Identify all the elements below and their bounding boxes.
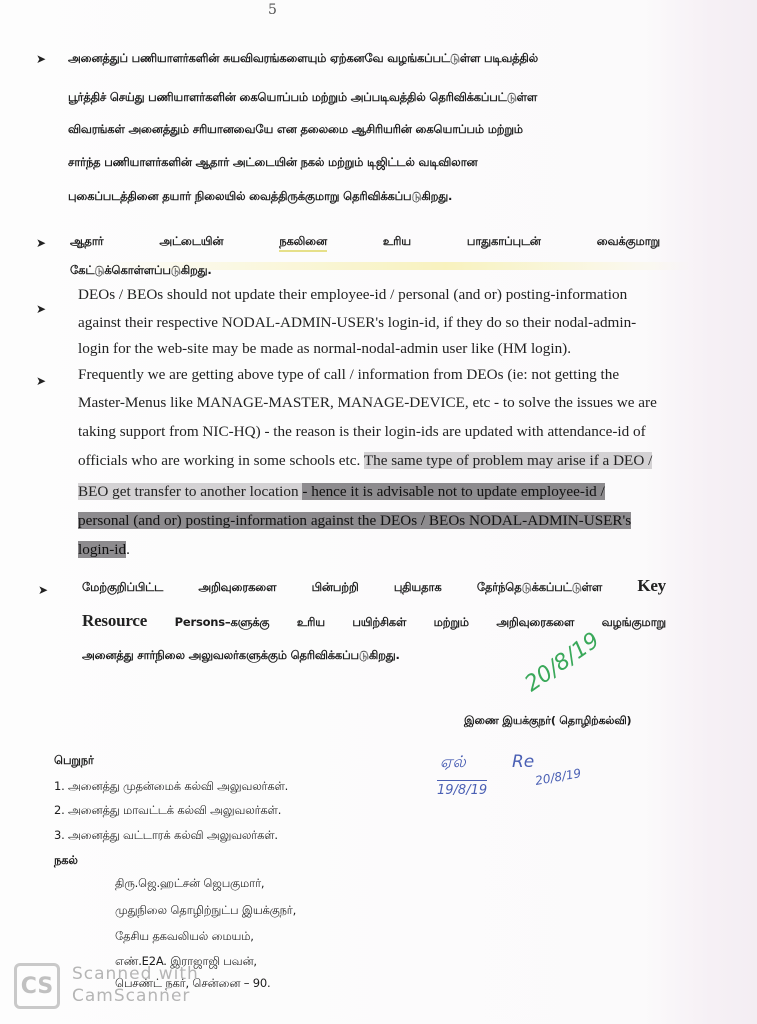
para4-line-6: personal (and or) posting-information ag… — [78, 512, 631, 530]
recipient-item: 1. அனைத்து முதன்மைக் கல்வி அலுவலர்கள். — [54, 779, 288, 795]
para5-line-2: Resource Persons–களுக்கு உரிய பயிற்சிகள்… — [82, 615, 666, 631]
para4-line-7: login-id. — [78, 541, 130, 559]
bullet-arrow-icon: ➤ — [36, 52, 46, 66]
para3-line-1: DEOs / BEOs should not update their empl… — [78, 286, 627, 304]
highlighted-text-dark: personal (and or) posting-information ag… — [78, 512, 631, 529]
para4-line-1: Frequently we are getting above type of … — [78, 366, 619, 384]
copy-to-heading: நகல் — [54, 853, 78, 869]
address-line: தேசிய தகவலியல் மையம், — [115, 929, 254, 945]
watermark-line-1: Scanned with — [72, 964, 199, 984]
highlighted-text-dark: login-id — [78, 541, 126, 558]
word: உரிய — [297, 615, 325, 631]
signatory-designation: இணை இயக்குநர்( தொழிற்கல்வி) — [464, 714, 631, 729]
handwritten-initial-2: Re — [512, 752, 534, 772]
handwritten-date-1: 19/8/19 — [437, 780, 487, 798]
word: Key — [637, 576, 666, 596]
camscanner-logo-icon: CS — [14, 963, 60, 1009]
para2-line-2: கேட்டுக்கொள்ளப்படுகிறது. — [70, 263, 212, 279]
handwritten-signature-green: 20/8/19 — [520, 628, 604, 697]
word: பயிற்சிகள் — [352, 615, 406, 631]
para1-line-3: விவரங்கள் அனைத்தும் சரியானவையே என தலைமை … — [68, 122, 523, 138]
para5-line-3: அனைத்து சார்நிலை அலுவலர்களுக்கும் தெரிவி… — [82, 648, 400, 664]
plain-text: . — [126, 541, 130, 558]
para1-line-2: பூர்த்திச் செய்து பணியாளர்களின் கையொப்பம… — [68, 90, 537, 106]
watermark-line-2: CamScanner — [72, 986, 190, 1006]
recipients-heading: பெறுநர் — [54, 753, 94, 769]
para5-line-1: மேற்குறிப்பிட்ட அறிவுரைகளை பின்பற்றி புத… — [82, 580, 666, 596]
word: வழங்குமாறு — [602, 615, 666, 631]
para1-line-5: புகைப்படத்தினை தயார் நிலையில் வைத்திருக்… — [68, 189, 452, 205]
word: மேற்குறிப்பிட்ட — [82, 580, 163, 596]
word: மற்றும் — [434, 615, 469, 631]
para4-line-3: taking support from NIC-HQ) - the reason… — [78, 423, 646, 441]
word: ஆதார் — [70, 234, 103, 252]
word: தேர்ந்தெடுக்கப்பட்டுள்ள — [477, 580, 602, 596]
word: பாதுகாப்புடன் — [467, 234, 541, 252]
handwritten-date-2: 20/8/19 — [534, 766, 582, 788]
bullet-arrow-icon: ➤ — [36, 236, 46, 250]
word: அறிவுரைகளை — [198, 580, 276, 596]
word: Persons–களுக்கு — [175, 615, 270, 631]
word: பின்பற்றி — [312, 580, 359, 596]
word: வைக்குமாறு — [597, 234, 660, 252]
word-underlined: நகலினை — [279, 234, 327, 252]
highlighted-text: BEO get transfer to another location — [78, 483, 302, 500]
word: அறிவுரைகளை — [496, 615, 574, 631]
address-line: முதுநிலை தொழிற்நுட்ப இயக்குநர், — [115, 903, 296, 919]
recipient-item: 2. அனைத்து மாவட்டக் கல்வி அலுவலர்கள். — [54, 803, 281, 819]
para4-line-4: officials who are working in some school… — [78, 452, 652, 470]
bullet-arrow-icon: ➤ — [38, 583, 48, 597]
para4-line-5: BEO get transfer to another location - h… — [78, 483, 605, 501]
scanned-document-page: 5 ➤ அனைத்துப் பணியாளர்களின் சுயவிவரங்களை… — [0, 0, 757, 1024]
bullet-arrow-icon: ➤ — [36, 302, 46, 316]
word: அட்டையின் — [159, 234, 223, 252]
para1-line-4: சார்ந்த பணியாளர்களின் ஆதார் அட்டையின் நக… — [68, 155, 477, 171]
para3-line-2: against their respective NODAL-ADMIN-USE… — [78, 314, 636, 332]
word: உரிய — [383, 234, 411, 252]
recipient-item: 3. அனைத்து வட்டாரக் கல்வி அலுவலர்கள். — [54, 828, 278, 844]
word: புதியதாக — [394, 580, 442, 596]
para4-line-2: Master-Menus like MANAGE-MASTER, MANAGE-… — [78, 394, 657, 412]
highlighted-text-dark: - hence it is advisable not to update em… — [302, 483, 604, 500]
highlighted-text: The same type of problem may arise if a … — [364, 452, 652, 469]
para1-line-1: அனைத்துப் பணியாளர்களின் சுயவிவரங்களையும்… — [68, 51, 538, 67]
page-number: 5 — [268, 2, 277, 18]
para2-line-1: ஆதார் அட்டையின் நகலினை உரிய பாதுகாப்புடன… — [70, 234, 660, 252]
handwritten-initial-1: ஏல் — [440, 752, 466, 773]
address-line: திரு.ஜெ.ஹட்சன் ஜெபகுமார், — [115, 876, 264, 892]
bullet-arrow-icon: ➤ — [36, 374, 46, 388]
word: Resource — [82, 611, 147, 631]
plain-text: officials who are working in some school… — [78, 452, 364, 469]
para3-line-3: login for the web-site may be made as no… — [78, 340, 571, 358]
